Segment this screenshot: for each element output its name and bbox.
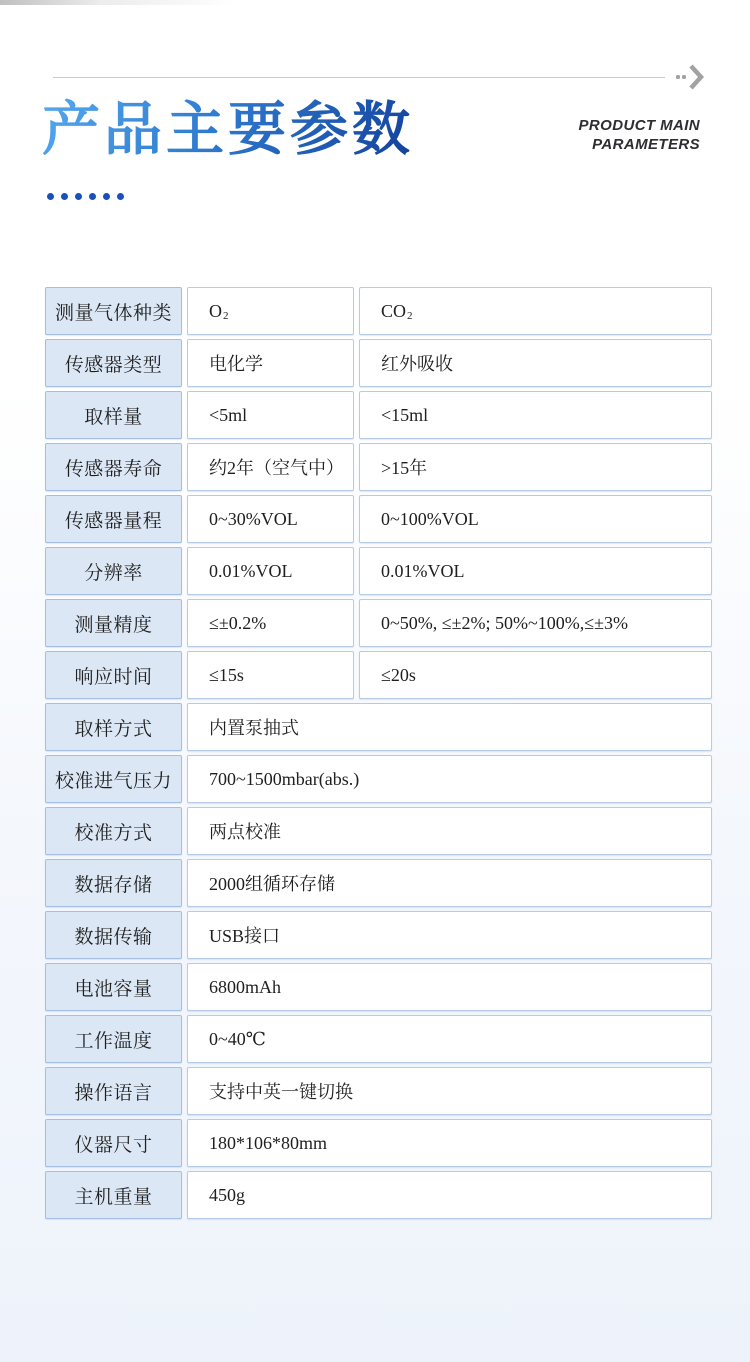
row-value-cell: <5ml: [187, 391, 354, 439]
row-label-cell: 操作语言: [45, 1067, 182, 1115]
table-row: 传感器寿命约2年（空气中）>15年: [45, 443, 712, 491]
arrow-dot: [682, 75, 686, 79]
table-row: 分辨率0.01%VOL0.01%VOL: [45, 547, 712, 595]
header-divider: [53, 77, 665, 78]
row-value-cell: 0.01%VOL: [187, 547, 354, 595]
row-value-cell: >15年: [359, 443, 712, 491]
row-value-cell: 电化学: [187, 339, 354, 387]
row-label-cell: 传感器寿命: [45, 443, 182, 491]
row-label-cell: 校准进气压力: [45, 755, 182, 803]
row-value-cell: 0.01%VOL: [359, 547, 712, 595]
table-row: 工作温度0~40℃: [45, 1015, 712, 1063]
row-label-cell: 校准方式: [45, 807, 182, 855]
decoration-dot: [61, 193, 68, 200]
row-value-cell: O2: [187, 287, 354, 335]
row-value-cell: ≤20s: [359, 651, 712, 699]
row-label-cell: 测量气体种类: [45, 287, 182, 335]
decoration-dot: [75, 193, 82, 200]
row-label-cell: 数据存储: [45, 859, 182, 907]
row-label-cell: 测量精度: [45, 599, 182, 647]
row-value-cell: <15ml: [359, 391, 712, 439]
table-row: 校准进气压力700~1500mbar(abs.): [45, 755, 712, 803]
title-decoration-dots: [47, 193, 124, 200]
table-row: 电池容量6800mAh: [45, 963, 712, 1011]
row-value-cell: 6800mAh: [187, 963, 712, 1011]
row-label-cell: 工作温度: [45, 1015, 182, 1063]
row-value-cell: 700~1500mbar(abs.): [187, 755, 712, 803]
row-label-cell: 取样量: [45, 391, 182, 439]
chevron-right-icon: [676, 62, 704, 92]
row-value-cell: 0~30%VOL: [187, 495, 354, 543]
table-row: 校准方式两点校准: [45, 807, 712, 855]
row-value-cell: 红外吸收: [359, 339, 712, 387]
decoration-dot: [89, 193, 96, 200]
row-value-cell: 180*106*80mm: [187, 1119, 712, 1167]
row-label-cell: 取样方式: [45, 703, 182, 751]
row-label-cell: 分辨率: [45, 547, 182, 595]
row-value-cell: USB接口: [187, 911, 712, 959]
row-value-cell: 两点校准: [187, 807, 712, 855]
decoration-dot: [117, 193, 124, 200]
table-row: 取样方式内置泵抽式: [45, 703, 712, 751]
row-label-cell: 电池容量: [45, 963, 182, 1011]
arrow-dot: [676, 75, 680, 79]
subtitle-line-1: PRODUCT MAIN: [579, 116, 700, 135]
table-row: 操作语言支持中英一键切换: [45, 1067, 712, 1115]
page-subtitle-english: PRODUCT MAIN PARAMETERS: [579, 116, 700, 154]
row-value-cell: 支持中英一键切换: [187, 1067, 712, 1115]
row-value-cell: 内置泵抽式: [187, 703, 712, 751]
row-label-cell: 传感器类型: [45, 339, 182, 387]
row-label-cell: 响应时间: [45, 651, 182, 699]
row-value-cell: 0~100%VOL: [359, 495, 712, 543]
row-value-cell: CO2: [359, 287, 712, 335]
top-shadow-strip: [0, 0, 250, 5]
row-value-cell: ≤±0.2%: [187, 599, 354, 647]
row-value-cell: 450g: [187, 1171, 712, 1219]
table-row: 仪器尺寸180*106*80mm: [45, 1119, 712, 1167]
decoration-dot: [47, 193, 54, 200]
table-row: 响应时间≤15s≤20s: [45, 651, 712, 699]
table-row: 测量精度≤±0.2%0~50%, ≤±2%; 50%~100%,≤±3%: [45, 599, 712, 647]
row-value-cell: ≤15s: [187, 651, 354, 699]
table-row: 主机重量450g: [45, 1171, 712, 1219]
row-value-cell: 0~40℃: [187, 1015, 712, 1063]
specs-table: 测量气体种类O2CO2传感器类型电化学红外吸收取样量<5ml<15ml传感器寿命…: [45, 287, 712, 1223]
table-row: 传感器量程0~30%VOL0~100%VOL: [45, 495, 712, 543]
table-row: 传感器类型电化学红外吸收: [45, 339, 712, 387]
table-row: 数据传输USB接口: [45, 911, 712, 959]
row-value-cell: 0~50%, ≤±2%; 50%~100%,≤±3%: [359, 599, 712, 647]
row-value-cell: 约2年（空气中）: [187, 443, 354, 491]
table-row: 取样量<5ml<15ml: [45, 391, 712, 439]
row-label-cell: 仪器尺寸: [45, 1119, 182, 1167]
decoration-dot: [103, 193, 110, 200]
row-label-cell: 数据传输: [45, 911, 182, 959]
row-label-cell: 传感器量程: [45, 495, 182, 543]
row-value-cell: 2000组循环存储: [187, 859, 712, 907]
table-row: 数据存储2000组循环存储: [45, 859, 712, 907]
table-row: 测量气体种类O2CO2: [45, 287, 712, 335]
chevron-glyph: [688, 63, 704, 91]
subtitle-line-2: PARAMETERS: [579, 135, 700, 154]
row-label-cell: 主机重量: [45, 1171, 182, 1219]
page-background: 产品主要参数 PRODUCT MAIN PARAMETERS 测量气体种类O2C…: [0, 0, 750, 1362]
page-title: 产品主要参数: [42, 88, 414, 172]
